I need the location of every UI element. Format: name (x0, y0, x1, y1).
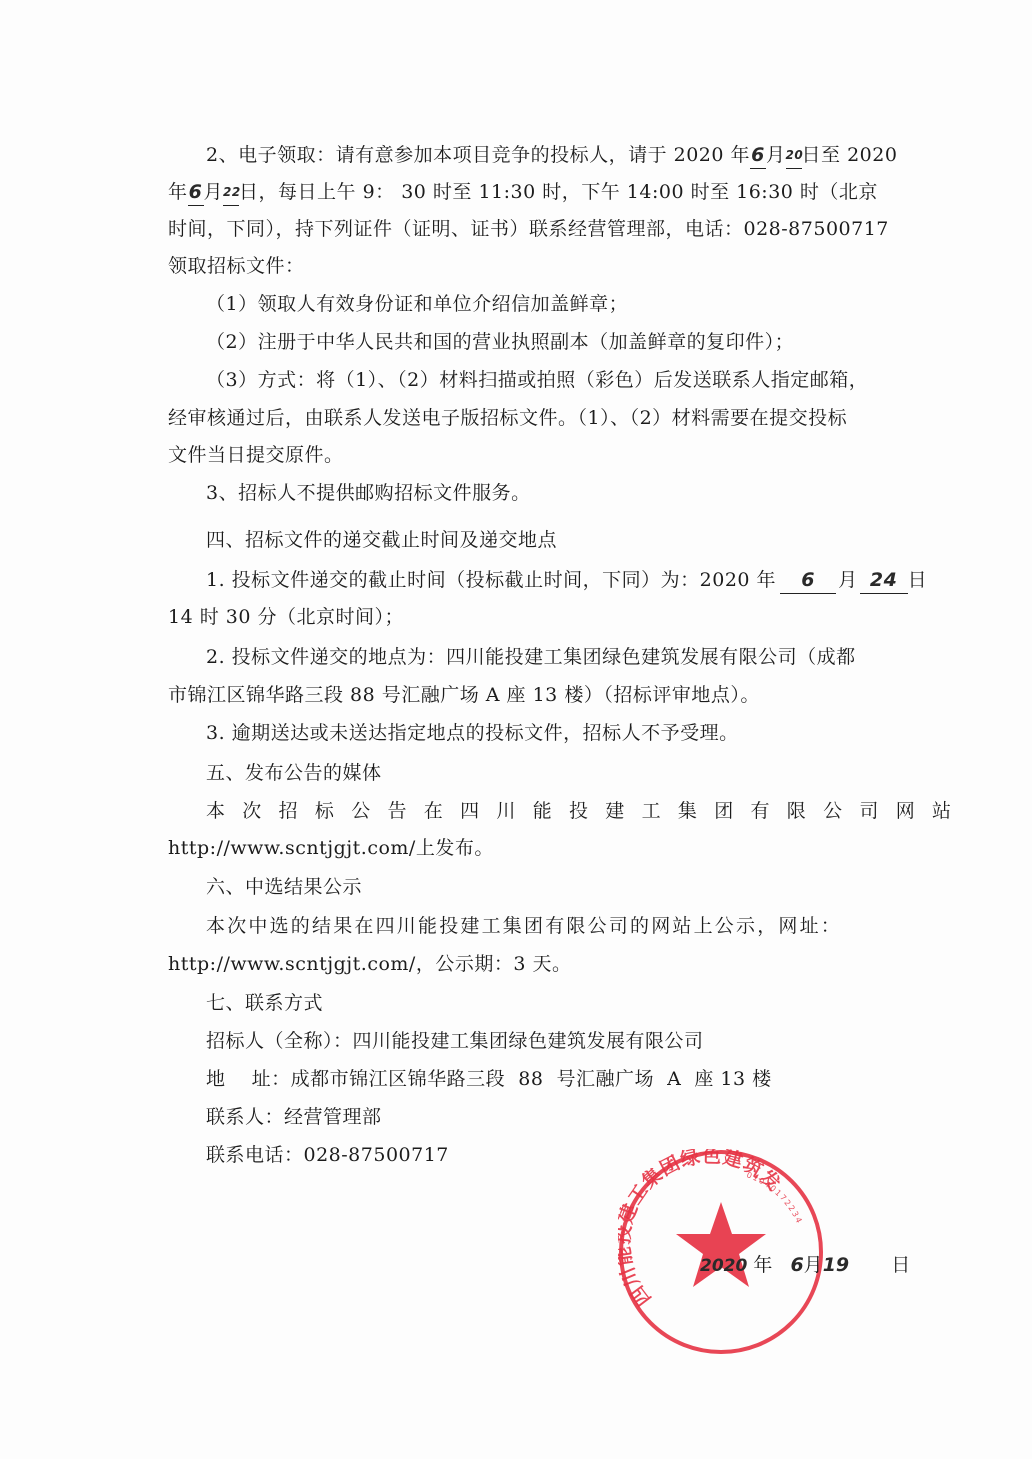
text: 月 (766, 144, 786, 166)
svg-text:01040172234: 01040172234 (745, 1170, 804, 1225)
seal-code-text: 01040172234 (745, 1170, 804, 1225)
result-line-1: 本次中选的结果在四川能投建工集团有限公司的网站上公示，网址： (206, 913, 884, 939)
requirement-3-cont-2: 文件当日提交原件。 (168, 442, 884, 468)
section-4-heading: 四、招标文件的递交截止时间及递交地点 (206, 527, 884, 553)
signature-date: 2020 年 6月19 日 (700, 1252, 910, 1279)
section-7-heading: 七、联系方式 (206, 990, 884, 1016)
handwritten-start-day: 20 (786, 142, 802, 169)
svg-text:四川能投建工集团绿色建筑发展有限公司: 四川能投建工集团绿色建筑发展有限公司 (618, 1149, 786, 1310)
handwritten-day: 19 (823, 1252, 849, 1278)
location-line-1: 2. 投标文件递交的地点为：四川能投建工集团绿色建筑发展有限公司（成都 (206, 644, 884, 670)
handwritten-deadline-day: 24 (860, 567, 908, 594)
section-6-heading: 六、中选结果公示 (206, 874, 884, 900)
electronic-collection-line-1: 2、电子领取：请有意参加本项目竞争的投标人，请于 2020 年6月20日至 20… (206, 142, 884, 169)
handwritten-start-month: 6 (750, 142, 766, 169)
contact-address: 地 址：成都市锦江区锦华路三段 88 号汇融广场 A 座 13 楼 (206, 1066, 884, 1092)
handwritten-deadline-month: 6 (780, 567, 836, 594)
text: 年 (168, 181, 188, 203)
electronic-collection-line-2: 年6月22日，每日上午 9： 30 时至 11:30 时，下午 14:00 时至… (168, 179, 884, 206)
seal-company-text: 四川能投建工集团绿色建筑发展有限公司 (618, 1149, 786, 1310)
location-line-2: 市锦江区锦华路三段 88 号汇融广场 A 座 13 楼）（招标评审地点）。 (168, 682, 884, 708)
text: 1. 投标文件递交的截止时间（投标截止时间，下同）为：2020 年 (206, 569, 776, 591)
contact-person: 联系人：经营管理部 (206, 1104, 884, 1130)
text: 日 (908, 569, 928, 591)
result-line-2: http://www.scntjgjt.com/，公示期：3 天。 (168, 951, 884, 977)
text: 年 (753, 1254, 772, 1276)
item-3-no-mail: 3、招标人不提供邮购招标文件服务。 (206, 480, 884, 506)
requirement-3-cont-1: 经审核通过后，由联系人发送电子版招标文件。（1）、（2）材料需要在提交投标 (168, 405, 884, 431)
handwritten-end-day: 22 (223, 179, 239, 206)
text: 日，每日上午 9： 30 时至 11:30 时，下午 14:00 时至 16:3… (239, 181, 878, 203)
contact-phone: 联系电话：028-87500717 (206, 1142, 884, 1168)
deadline-line-2: 14 时 30 分（北京时间）； (168, 604, 884, 630)
text: 月 (204, 181, 224, 203)
text: 日至 2020 (802, 144, 898, 166)
requirement-1: （1）领取人有效身份证和单位介绍信加盖鲜章； (206, 291, 884, 317)
requirement-2: （2）注册于中华人民共和国的营业执照副本（加盖鲜章的复印件）； (206, 329, 884, 355)
media-line-1: 本次招标公告在四川能投建工集团有限公司网站 (206, 798, 884, 824)
section-5-heading: 五、发布公告的媒体 (206, 760, 884, 786)
media-line-2: http://www.scntjgjt.com/上发布。 (168, 835, 884, 861)
handwritten-end-month: 6 (188, 179, 204, 206)
requirement-3: （3）方式：将（1）、（2）材料扫描或拍照（彩色）后发送联系人指定邮箱， (206, 367, 884, 393)
late-submission-line: 3. 逾期送达或未送达指定地点的投标文件，招标人不予受理。 (206, 720, 884, 746)
text: 月 (804, 1254, 823, 1276)
text: 日 (891, 1254, 910, 1276)
electronic-collection-line-4: 领取招标文件： (168, 253, 884, 279)
handwritten-month: 6 (790, 1252, 803, 1278)
contact-tenderer: 招标人（全称）：四川能投建工集团绿色建筑发展有限公司 (206, 1028, 884, 1054)
electronic-collection-line-3: 时间，下同），持下列证件（证明、证书）联系经营管理部，电话：028-875007… (168, 216, 884, 242)
deadline-line-1: 1. 投标文件递交的截止时间（投标截止时间，下同）为：2020 年6月24日 (206, 567, 884, 594)
handwritten-year: 2020 (700, 1253, 747, 1279)
text: 月 (838, 569, 858, 591)
document-page: 2、电子领取：请有意参加本项目竞争的投标人，请于 2020 年6月20日至 20… (0, 0, 1032, 1459)
text: 2、电子领取：请有意参加本项目竞争的投标人，请于 2020 年 (206, 144, 750, 166)
